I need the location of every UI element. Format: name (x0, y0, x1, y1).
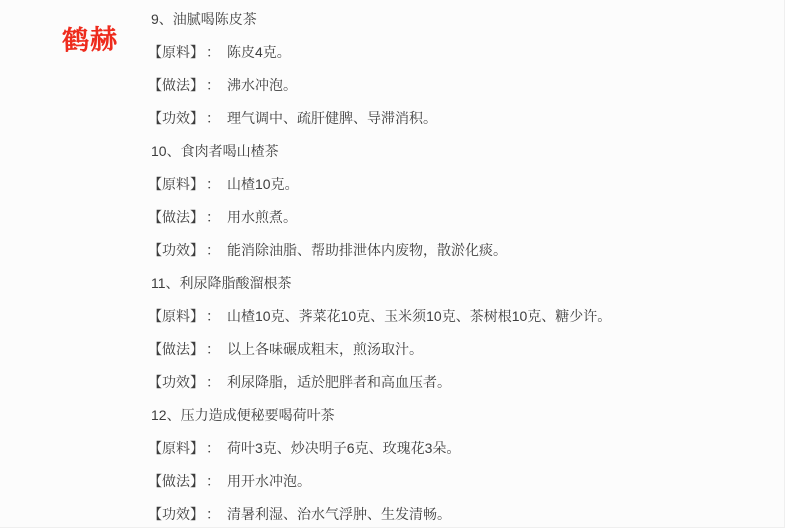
row-value: 用水煎煮。 (227, 207, 297, 227)
row-value: 沸水冲泡。 (227, 75, 297, 95)
row-value: 清暑利湿、治水气浮肿、生发清畅。 (227, 504, 451, 524)
recipe-heading: 10、食肉者喝山楂茶 (148, 134, 778, 167)
recipe-heading: 12、压力造成便秘要喝荷叶茶 (148, 398, 778, 431)
row-label: 【做法】 (148, 339, 204, 359)
recipe-row-ingredients: 【原料】：山楂10克、荠菜花10克、玉米须10克、茶树根10克、糖少许。 (148, 299, 778, 332)
row-value: 用开水冲泡。 (227, 471, 311, 491)
row-value: 山楂10克。 (227, 174, 299, 194)
row-colon: ： (206, 372, 220, 392)
row-colon: ： (206, 240, 220, 260)
recipe-row-method: 【做法】：以上各味碾成粗末，煎汤取汁。 (148, 332, 778, 365)
recipe-row-method: 【做法】：用开水冲泡。 (148, 464, 778, 497)
row-value: 利尿降脂，适於肥胖者和高血压者。 (227, 372, 451, 392)
row-colon: ： (206, 108, 220, 128)
row-colon: ： (206, 504, 220, 524)
row-label: 【做法】 (148, 471, 204, 491)
row-label: 【功效】 (148, 108, 204, 128)
recipe-row-ingredients: 【原料】：陈皮4克。 (148, 35, 778, 68)
recipe-list: 9、油腻喝陈皮茶 【原料】：陈皮4克。 【做法】：沸水冲泡。 【功效】：理气调中… (148, 0, 778, 528)
row-colon: ： (206, 306, 220, 326)
row-label: 【原料】 (148, 438, 204, 458)
recipe-heading: 11、利尿降脂酸溜根茶 (148, 266, 778, 299)
row-value: 荷叶3克、炒决明子6克、玫瑰花3朵。 (227, 438, 460, 458)
row-colon: ： (206, 207, 220, 227)
row-value: 能消除油脂、帮助排泄体内废物，散淤化痰。 (227, 240, 507, 260)
row-label: 【原料】 (148, 306, 204, 326)
row-label: 【原料】 (148, 42, 204, 62)
recipe-heading: 9、油腻喝陈皮茶 (148, 2, 778, 35)
recipe-row-effects: 【功效】：清暑利湿、治水气浮肿、生发清畅。 (148, 497, 778, 528)
row-value: 以上各味碾成粗末，煎汤取汁。 (227, 339, 423, 359)
row-colon: ： (206, 174, 220, 194)
recipe-row-ingredients: 【原料】：山楂10克。 (148, 167, 778, 200)
row-label: 【功效】 (148, 504, 204, 524)
row-label: 【功效】 (148, 240, 204, 260)
brand-watermark: 鹤赫 (61, 17, 118, 58)
recipe-row-effects: 【功效】：理气调中、疏肝健脾、导滞消积。 (148, 101, 778, 134)
recipe-row-method: 【做法】：用水煎煮。 (148, 200, 778, 233)
row-value: 陈皮4克。 (227, 42, 291, 62)
recipe-row-ingredients: 【原料】：荷叶3克、炒决明子6克、玫瑰花3朵。 (148, 431, 778, 464)
recipe-row-effects: 【功效】：利尿降脂，适於肥胖者和高血压者。 (148, 365, 778, 398)
row-value: 山楂10克、荠菜花10克、玉米须10克、茶树根10克、糖少许。 (227, 306, 611, 326)
row-colon: ： (206, 339, 220, 359)
row-label: 【原料】 (148, 174, 204, 194)
row-label: 【做法】 (148, 75, 204, 95)
row-label: 【功效】 (148, 372, 204, 392)
document-page: 鹤赫 9、油腻喝陈皮茶 【原料】：陈皮4克。 【做法】：沸水冲泡。 【功效】：理… (0, 0, 785, 528)
row-colon: ： (206, 42, 220, 62)
recipe-row-method: 【做法】：沸水冲泡。 (148, 68, 778, 101)
row-colon: ： (206, 75, 220, 95)
row-colon: ： (206, 471, 220, 491)
row-colon: ： (206, 438, 220, 458)
row-value: 理气调中、疏肝健脾、导滞消积。 (227, 108, 437, 128)
row-label: 【做法】 (148, 207, 204, 227)
recipe-row-effects: 【功效】：能消除油脂、帮助排泄体内废物，散淤化痰。 (148, 233, 778, 266)
